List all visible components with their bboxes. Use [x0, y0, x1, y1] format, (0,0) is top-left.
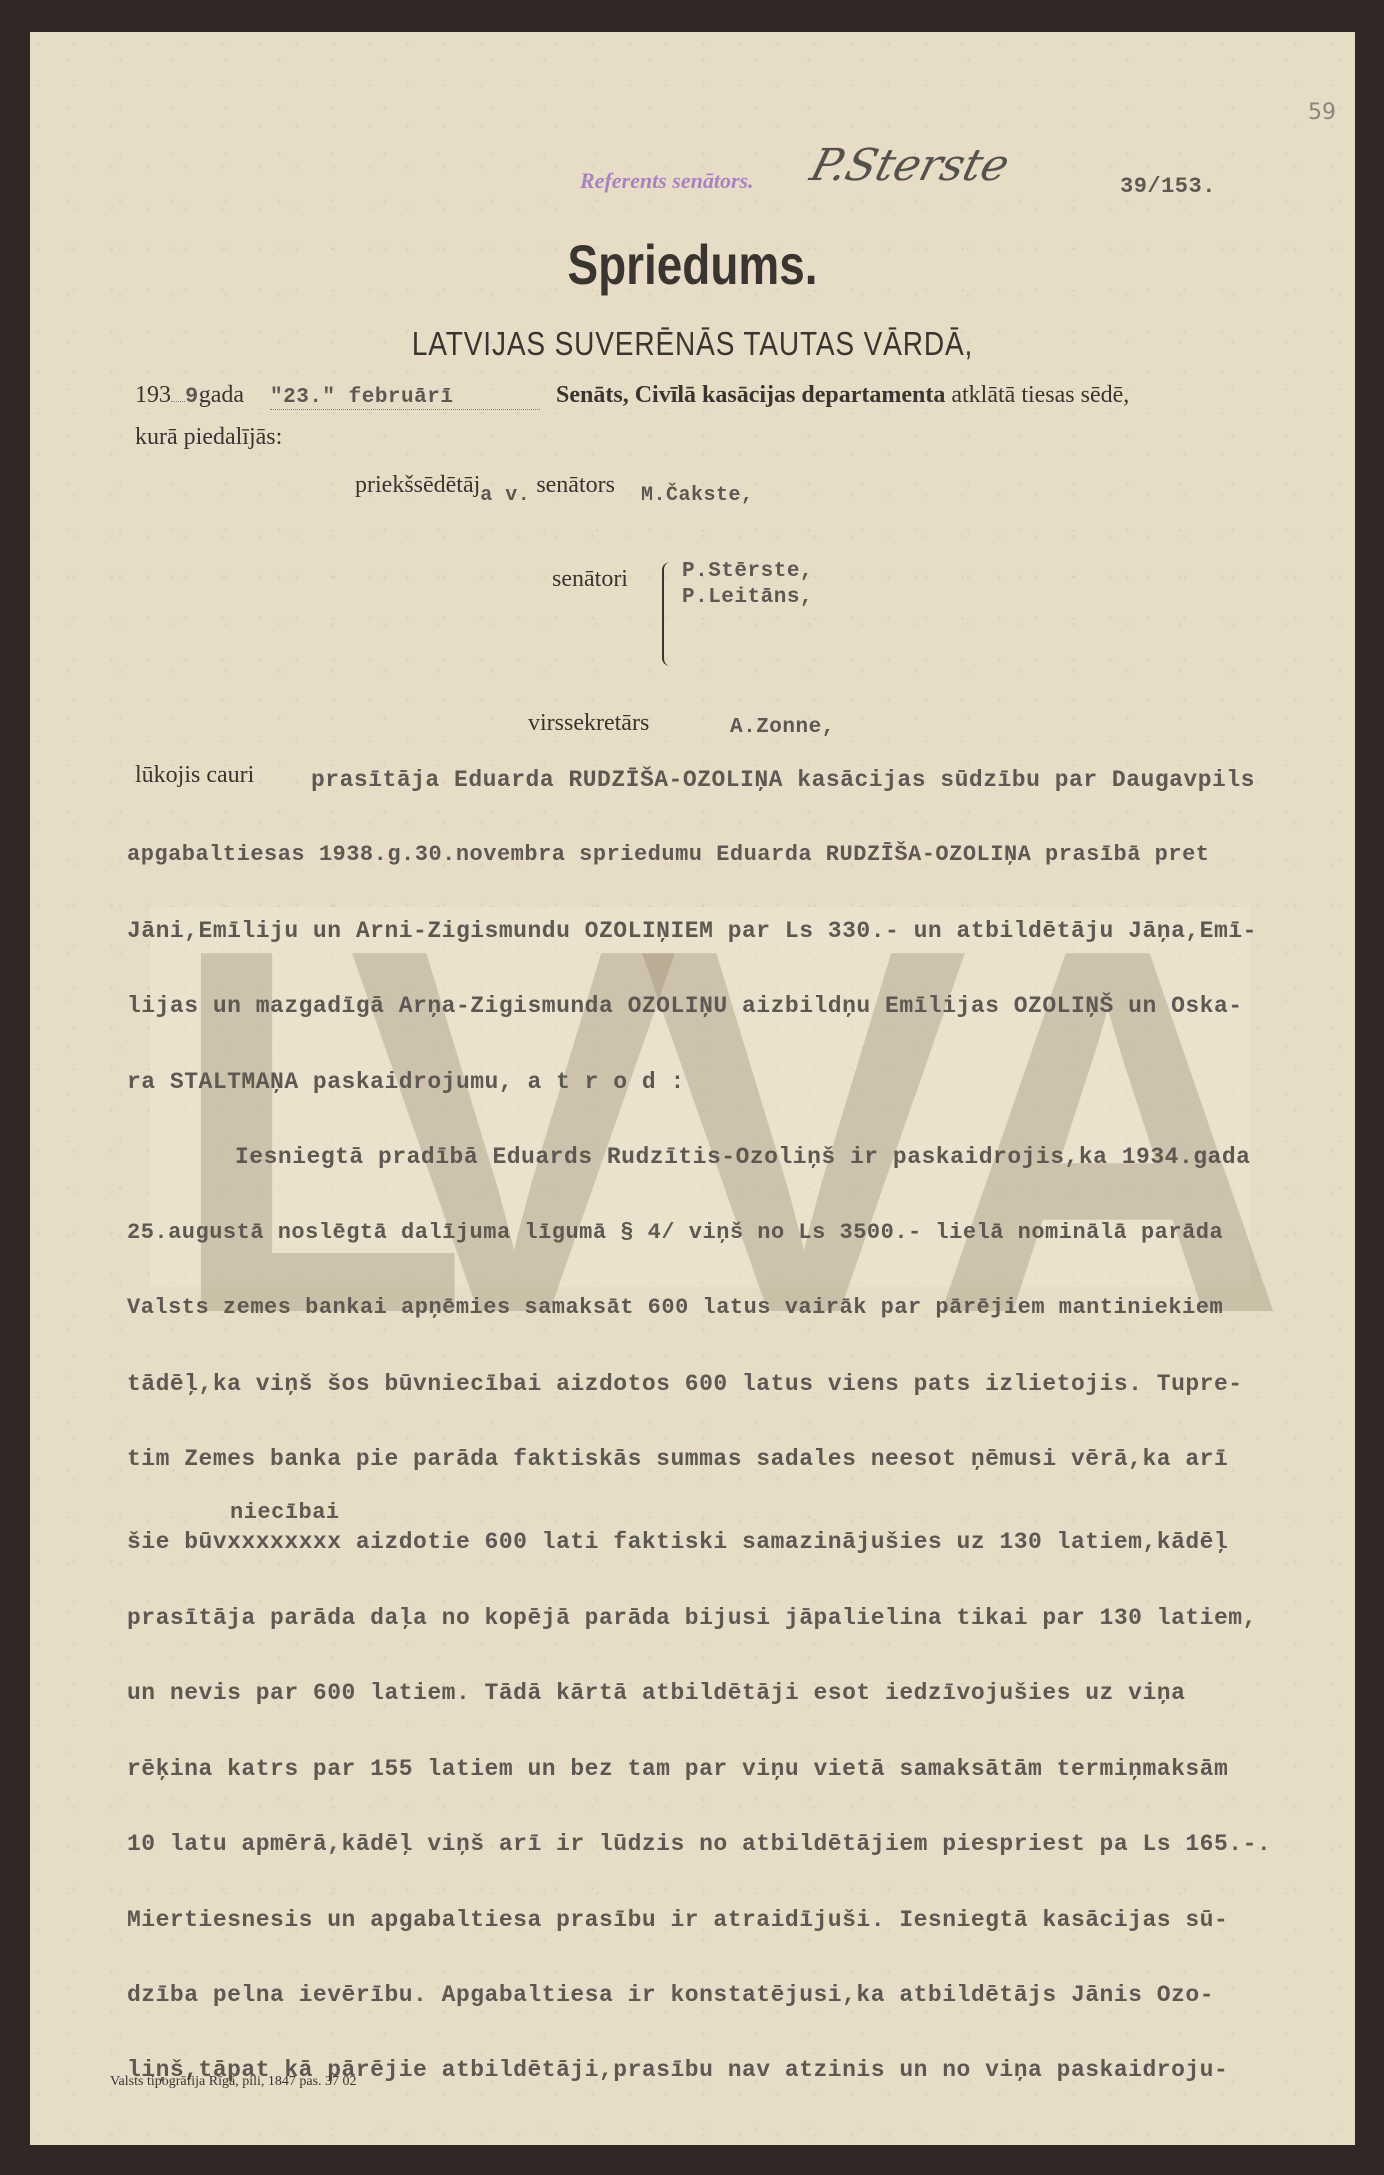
body-line: un nevis par 600 latiem. Tādā kārtā atbi…: [127, 1680, 1185, 1706]
body-line: 25.augustā noslēgtā dalījuma līgumā § 4/…: [127, 1220, 1223, 1245]
referent-stamp: Referents senātors.: [580, 168, 754, 194]
secretary-name: A.Zonne,: [730, 716, 835, 739]
chair-label-suffix: a v.: [480, 484, 530, 507]
folio-number: 59: [1308, 100, 1336, 125]
interlinear-correction: niecībai: [230, 1500, 340, 1525]
chair-title: senātors: [536, 472, 615, 498]
referent-signature: P.Sterste: [805, 140, 1015, 191]
gada-label: gada: [199, 382, 244, 408]
body-line: apgabaltiesas 1938.g.30.novembra spriedu…: [127, 842, 1209, 867]
senators-bracket: [662, 562, 678, 666]
body-line: prasītāja Eduarda RUDZĪŠA-OZOLIŅA kasāci…: [311, 767, 1255, 793]
printer-imprint: Valsts tipogrāfija Rīgā, pili, 1847 pas.…: [110, 2074, 357, 2090]
chair-row: priekšsēdētāja v. senātors M.Čakste,: [355, 472, 754, 499]
reviewed-label: lūkojis cauri: [135, 762, 254, 789]
body-line: Miertiesnesis un apgabaltiesa prasību ir…: [127, 1907, 1228, 1933]
page-title: Spriedums.: [149, 232, 1236, 297]
body-line: prasītāja parāda daļa no kopējā parāda b…: [127, 1605, 1257, 1631]
body-line: 10 latu apmērā,kādēļ viņš arī ir lūdzis …: [127, 1831, 1271, 1857]
senators-label: senātori: [552, 566, 628, 593]
body-line: dzība pelna ievērību. Apgabaltiesa ir ko…: [127, 1982, 1214, 2008]
court-session: atklātā tiesas sēdē,: [951, 382, 1129, 408]
body-line: tādēļ,ka viņš šos būvniecībai aizdotos 6…: [127, 1371, 1243, 1397]
senator-1: P.Stērste,: [682, 560, 813, 583]
case-number: 39/153.: [1120, 174, 1216, 199]
court-name: Senāts, Civīlā kasācijas departamenta: [556, 382, 945, 408]
chair-label: priekšsēdētāj: [355, 472, 480, 498]
body-line: Valsts zemes bankai apņēmies samaksāt 60…: [127, 1295, 1223, 1320]
year-prefix: 193: [135, 382, 171, 408]
year-digit: 9: [185, 384, 199, 409]
date-line: 1939gada "23." februārī Senāts, Civīlā k…: [135, 382, 1129, 410]
participants-intro: kurā piedalījās:: [135, 424, 282, 451]
body-line: Jāni,Emīliju un Arni-Zigismundu OZOLIŅIE…: [127, 918, 1257, 944]
date-day: "23." februārī: [270, 386, 540, 410]
senator-2: P.Leitāns,: [682, 586, 813, 609]
body-line: lijas un mazgadīgā Arņa-Zigismunda OZOLI…: [127, 993, 1243, 1019]
secretary-label: virssekretārs: [528, 710, 649, 737]
body-line: Iesniegtā pradībā Eduards Rudzītis-Ozoli…: [235, 1144, 1250, 1170]
page-subtitle: LATVIJAS SUVERĒNĀS TAUTAS VĀRDĀ,: [129, 325, 1255, 363]
document-page: L V V A 59 Referents senātors. P.Sterste…: [30, 32, 1355, 2145]
body-line: ra STALTMAŅA paskaidrojumu, a t r o d :: [127, 1069, 685, 1095]
body-line: tim Zemes banka pie parāda faktiskās sum…: [127, 1446, 1228, 1472]
chair-name: M.Čakste,: [641, 484, 754, 507]
body-line: šie būvxxxxxxxx aizdotie 600 lati faktis…: [127, 1529, 1228, 1555]
body-line: rēķina katrs par 155 latiem un bez tam p…: [127, 1756, 1228, 1782]
